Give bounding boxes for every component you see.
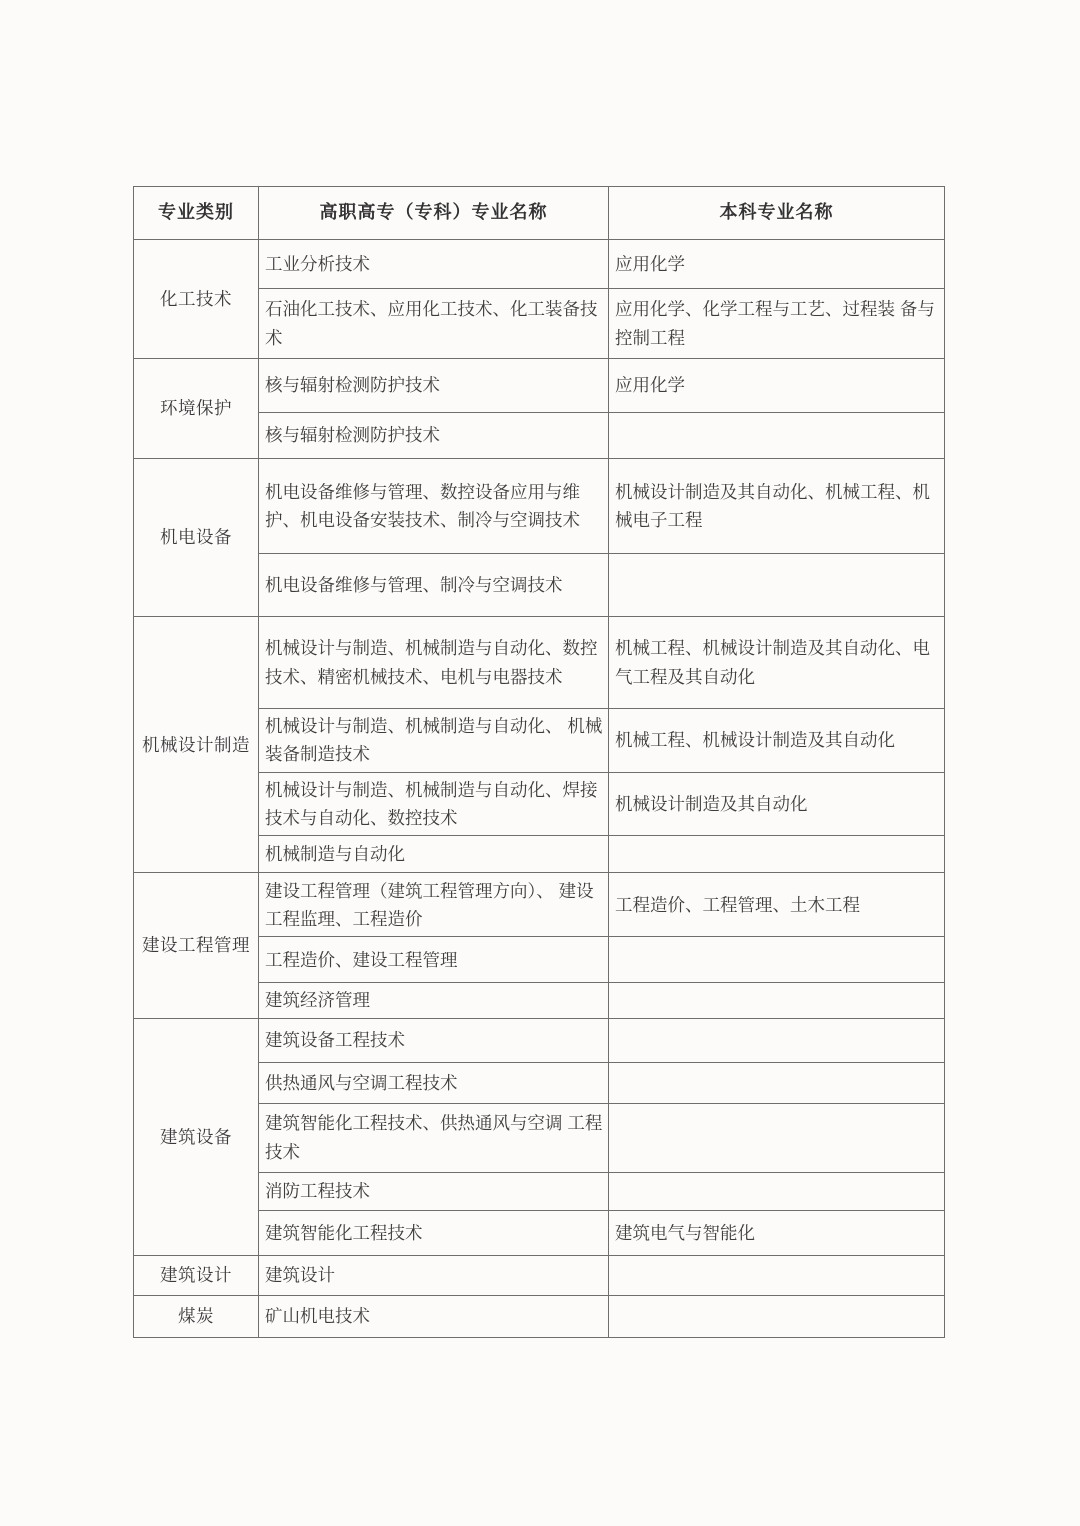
table-row: 机电设备 机电设备维修与管理、数控设备应用与维护、机电设备安装技术、制冷与空调技… <box>134 459 945 554</box>
undergraduate-cell <box>609 1062 945 1103</box>
undergraduate-cell <box>609 836 945 873</box>
undergraduate-cell: 机械设计制造及其自动化、机械工程、机械电子工程 <box>609 459 945 554</box>
undergraduate-cell: 应用化学 <box>609 359 945 413</box>
vocational-cell: 机电设备维修与管理、制冷与空调技术 <box>259 554 609 617</box>
vocational-cell: 机械制造与自动化 <box>259 836 609 873</box>
column-header-category: 专业类别 <box>134 187 259 240</box>
vocational-cell: 工程造价、建设工程管理 <box>259 937 609 983</box>
undergraduate-cell <box>609 1103 945 1172</box>
table-row: 煤炭 矿山机电技术 <box>134 1295 945 1337</box>
undergraduate-cell: 建筑电气与智能化 <box>609 1210 945 1255</box>
undergraduate-cell <box>609 1295 945 1337</box>
vocational-cell: 核与辐射检测防护技术 <box>259 413 609 459</box>
vocational-cell: 机械设计与制造、机械制造与自动化、数控技术、精密机械技术、电机与电器技术 <box>259 617 609 709</box>
undergraduate-cell <box>609 413 945 459</box>
undergraduate-cell <box>609 1018 945 1062</box>
table-row: 环境保护 核与辐射检测防护技术 应用化学 <box>134 359 945 413</box>
undergraduate-cell: 机械工程、机械设计制造及其自动化 <box>609 709 945 773</box>
header-row: 专业类别 高职高专（专科）专业名称 本科专业名称 <box>134 187 945 240</box>
vocational-cell: 建筑设备工程技术 <box>259 1018 609 1062</box>
category-cell: 机械设计制造 <box>134 617 259 873</box>
undergraduate-cell: 机械工程、机械设计制造及其自动化、电气工程及其自动化 <box>609 617 945 709</box>
undergraduate-cell: 机械设计制造及其自动化 <box>609 772 945 836</box>
table-row: 建筑设备 建筑设备工程技术 <box>134 1018 945 1062</box>
undergraduate-cell: 应用化学 <box>609 240 945 289</box>
vocational-cell: 供热通风与空调工程技术 <box>259 1062 609 1103</box>
undergraduate-cell <box>609 554 945 617</box>
undergraduate-cell <box>609 937 945 983</box>
column-header-vocational: 高职高专（专科）专业名称 <box>259 187 609 240</box>
table-row: 建筑设计 建筑设计 <box>134 1255 945 1295</box>
vocational-cell: 工业分析技术 <box>259 240 609 289</box>
vocational-cell: 核与辐射检测防护技术 <box>259 359 609 413</box>
vocational-cell: 机电设备维修与管理、数控设备应用与维护、机电设备安装技术、制冷与空调技术 <box>259 459 609 554</box>
category-cell: 煤炭 <box>134 1295 259 1337</box>
category-cell: 化工技术 <box>134 240 259 359</box>
major-mapping-table: 专业类别 高职高专（专科）专业名称 本科专业名称 化工技术 工业分析技术 应用化… <box>133 186 945 1338</box>
vocational-cell: 矿山机电技术 <box>259 1295 609 1337</box>
undergraduate-cell <box>609 1172 945 1210</box>
vocational-cell: 消防工程技术 <box>259 1172 609 1210</box>
category-cell: 机电设备 <box>134 459 259 617</box>
vocational-cell: 建设工程管理（建筑工程管理方向）、 建设工程监理、工程造价 <box>259 873 609 937</box>
vocational-cell: 建筑经济管理 <box>259 983 609 1018</box>
document-page: 专业类别 高职高专（专科）专业名称 本科专业名称 化工技术 工业分析技术 应用化… <box>0 0 1080 1526</box>
vocational-cell: 机械设计与制造、机械制造与自动化、 机械装备制造技术 <box>259 709 609 773</box>
table-row: 建设工程管理 建设工程管理（建筑工程管理方向）、 建设工程监理、工程造价 工程造… <box>134 873 945 937</box>
category-cell: 建设工程管理 <box>134 873 259 1018</box>
undergraduate-cell <box>609 983 945 1018</box>
category-cell: 建筑设备 <box>134 1018 259 1255</box>
vocational-cell: 建筑设计 <box>259 1255 609 1295</box>
vocational-cell: 机械设计与制造、机械制造与自动化、焊接技术与自动化、数控技术 <box>259 772 609 836</box>
undergraduate-cell <box>609 1255 945 1295</box>
vocational-cell: 石油化工技术、应用化工技术、化工装备技术 <box>259 289 609 359</box>
major-mapping-table-container: 专业类别 高职高专（专科）专业名称 本科专业名称 化工技术 工业分析技术 应用化… <box>133 186 944 1338</box>
table-row: 化工技术 工业分析技术 应用化学 <box>134 240 945 289</box>
table-row: 机械设计制造 机械设计与制造、机械制造与自动化、数控技术、精密机械技术、电机与电… <box>134 617 945 709</box>
category-cell: 建筑设计 <box>134 1255 259 1295</box>
column-header-undergraduate: 本科专业名称 <box>609 187 945 240</box>
vocational-cell: 建筑智能化工程技术 <box>259 1210 609 1255</box>
undergraduate-cell: 工程造价、工程管理、土木工程 <box>609 873 945 937</box>
undergraduate-cell: 应用化学、化学工程与工艺、过程装 备与控制工程 <box>609 289 945 359</box>
vocational-cell: 建筑智能化工程技术、供热通风与空调 工程技术 <box>259 1103 609 1172</box>
category-cell: 环境保护 <box>134 359 259 459</box>
